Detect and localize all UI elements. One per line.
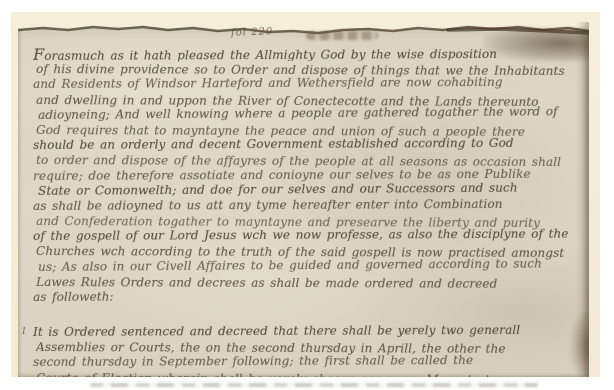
paragraph-first-order: It is Ordered sentenced and decreed that…	[33, 325, 580, 377]
margin-numeral: 1	[21, 327, 27, 337]
manuscript-line: should be an orderly and decent Governme…	[33, 136, 580, 154]
manuscript-scan: fol 220 1 Forasmuch as it hath pleased t…	[18, 22, 589, 377]
faint-annotation-smudge	[306, 31, 378, 40]
manuscript-line: It is Ordered sentenced and decreed that…	[33, 323, 580, 341]
paragraph-preamble: Forasmuch as it hath pleased the Allmigh…	[33, 47, 580, 305]
manuscript-line: second thursday in September following; …	[33, 353, 580, 371]
manuscript-line: Courte of Election wherein shall be yere…	[36, 371, 583, 377]
folio-annotation: fol 220	[231, 26, 274, 38]
manuscript-line: as shall be adioyned to us att any tyme …	[33, 196, 580, 214]
book-page: fol 220 1 Forasmuch as it hath pleased t…	[11, 12, 600, 377]
manuscript-line: adioyneing; And well knowing where a peo…	[38, 104, 585, 123]
manuscript-line: Forasmuch as it hath pleased the Allmigh…	[33, 45, 580, 63]
manuscript-line: of the gospell of our Lord Jesus wch we …	[33, 227, 580, 245]
cropped-caption-line	[90, 383, 538, 387]
manuscript-line: as followeth:	[33, 288, 580, 306]
manuscript-line: us; As also in our Civell Affaires to be…	[38, 256, 585, 275]
photograph-frame: fol 220 1 Forasmuch as it hath pleased t…	[0, 0, 614, 390]
manuscript-line: and Residents of Windsor Harteford and W…	[33, 75, 580, 93]
